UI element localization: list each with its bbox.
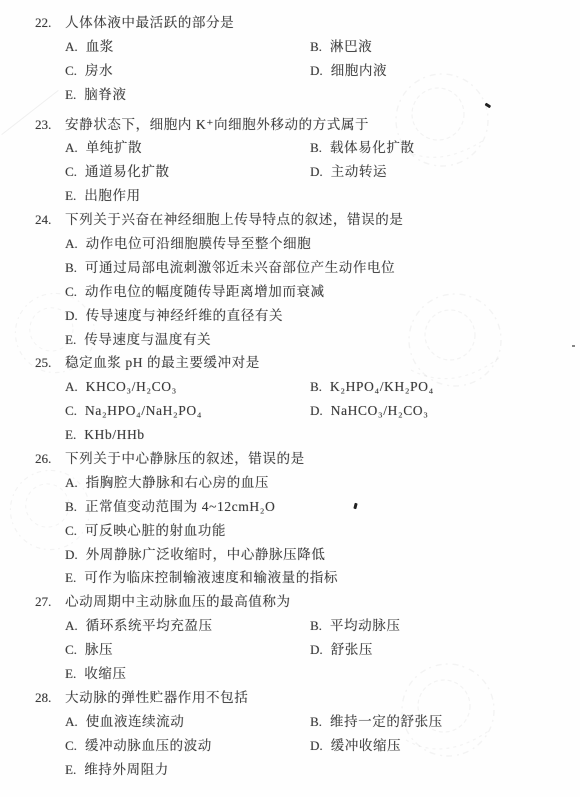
- option-text: 可通过局部电流刺激邻近未兴奋部位产生动作电位: [85, 260, 395, 275]
- option-row: A.指胸腔大静脉和右心房的血压: [0, 471, 580, 495]
- option-label: D.: [310, 638, 323, 662]
- option-label: E.: [65, 328, 76, 352]
- option: B.载体易化扩散: [310, 140, 415, 155]
- option-row: C.Na₂HPO₄/NaH₂PO₄D.NaHCO₃/H₂CO₃: [0, 399, 580, 423]
- option-label: D.: [65, 304, 78, 328]
- option-label: A.: [65, 614, 78, 638]
- question-block: 28.大动脉的弹性贮器作用不包括A.使血液连续流动B.维持一定的舒张压C.缓冲动…: [0, 686, 580, 782]
- option-label: E.: [65, 566, 76, 590]
- option-label: B.: [65, 256, 77, 280]
- option-text: 载体易化扩散: [330, 140, 415, 155]
- question-number: 27.: [35, 590, 65, 614]
- option-label: E.: [65, 662, 76, 686]
- option: D.传导速度与神经纤维的直径有关: [65, 308, 283, 323]
- option-row: A.动作电位可沿细胞膜传导至整个细胞: [0, 232, 580, 256]
- option-label: B.: [310, 35, 322, 59]
- option: B.维持一定的舒张压: [310, 714, 443, 729]
- question-title-row: 25.稳定血浆 pH 的最主要缓冲对是: [0, 351, 580, 375]
- question-number: 22.: [35, 11, 65, 35]
- option-text: 单纯扩散: [86, 140, 142, 155]
- option: E.维持外周阻力: [65, 762, 169, 777]
- question-number: 24.: [35, 208, 65, 232]
- option-label: C.: [65, 280, 77, 304]
- option: C.Na₂HPO₄/NaH₂PO₄: [65, 399, 310, 423]
- option-label: B.: [310, 614, 322, 638]
- option-text: 房水: [85, 63, 113, 78]
- option-text: 出胞作用: [84, 188, 140, 203]
- option: E.出胞作用: [65, 188, 141, 203]
- option-text: 血浆: [86, 39, 114, 54]
- option: D.舒张压: [310, 642, 373, 657]
- option-row: C.可反映心脏的射血功能: [0, 519, 580, 543]
- option-row: B.可通过局部电流刺激邻近未兴奋部位产生动作电位: [0, 256, 580, 280]
- option-label: C.: [65, 59, 77, 83]
- option-label: C.: [65, 519, 77, 543]
- option-text: 脉压: [85, 642, 113, 657]
- option-label: C.: [65, 638, 77, 662]
- option-text: 正常值变动范围为 4~12cmH₂O: [85, 499, 275, 514]
- option-text: 循环系统平均充盈压: [86, 618, 213, 633]
- option-row: E.可作为临床控制输液速度和输液量的指标: [0, 566, 580, 590]
- option-row: B.正常值变动范围为 4~12cmH₂O: [0, 495, 580, 519]
- option: D.主动转运: [310, 164, 387, 179]
- option: C.缓冲动脉血压的波动: [65, 734, 310, 758]
- option: B.K₂HPO₄/KH₂PO₄: [310, 379, 434, 394]
- option-label: E.: [65, 758, 76, 782]
- option: D.细胞内液: [310, 63, 387, 78]
- option-label: B.: [310, 375, 322, 399]
- option-text: 脑脊液: [84, 87, 126, 102]
- question-title: 大动脉的弹性贮器作用不包括: [65, 690, 248, 705]
- question-block: 27.心动周期中主动脉血压的最高值称为A.循环系统平均充盈压B.平均动脉压C.脉…: [0, 590, 580, 686]
- question-title-row: 28.大动脉的弹性贮器作用不包括: [0, 686, 580, 710]
- option-text: 维持一定的舒张压: [330, 714, 443, 729]
- option-text: 动作电位可沿细胞膜传导至整个细胞: [86, 236, 312, 251]
- exam-page: 22.人体体液中最活跃的部分是A.血浆B.淋巴液C.房水D.细胞内液E.脑脊液2…: [0, 0, 580, 797]
- option-text: K₂HPO₄/KH₂PO₄: [330, 379, 434, 394]
- option-row: A.单纯扩散B.载体易化扩散: [0, 136, 580, 160]
- option-text: 淋巴液: [330, 39, 372, 54]
- option-text: 主动转运: [331, 164, 387, 179]
- question-title-row: 23.安静状态下，细胞内 K⁺向细胞外移动的方式属于: [0, 113, 580, 137]
- option-label: A.: [65, 710, 78, 734]
- option: D.NaHCO₃/H₂CO₃: [310, 403, 428, 418]
- option-label: A.: [65, 136, 78, 160]
- option: E.脑脊液: [65, 87, 127, 102]
- option-text: KHCO₃/H₂CO₃: [86, 379, 177, 394]
- option-row: C.通道易化扩散D.主动转运: [0, 160, 580, 184]
- option-label: C.: [65, 399, 77, 423]
- option-row: E.维持外周阻力: [0, 758, 580, 782]
- option-text: 传导速度与温度有关: [84, 332, 211, 347]
- option: B.平均动脉压: [310, 618, 400, 633]
- option: A.指胸腔大静脉和右心房的血压: [65, 475, 269, 490]
- option: E.KHb/HHb: [65, 427, 145, 442]
- question-number: 25.: [35, 351, 65, 375]
- option-label: B.: [310, 710, 322, 734]
- option-row: E.脑脊液: [0, 83, 580, 107]
- option: E.可作为临床控制输液速度和输液量的指标: [65, 570, 338, 585]
- option-label: C.: [65, 734, 77, 758]
- question-block: 22.人体体液中最活跃的部分是A.血浆B.淋巴液C.房水D.细胞内液E.脑脊液: [0, 11, 580, 107]
- option-label: D.: [310, 399, 323, 423]
- question-title-row: 26.下列关于中心静脉压的叙述，错误的是: [0, 447, 580, 471]
- option-text: 舒张压: [331, 642, 373, 657]
- option-label: E.: [65, 184, 76, 208]
- option-text: 收缩压: [84, 666, 126, 681]
- option-row: E.传导速度与温度有关: [0, 328, 580, 352]
- option-label: C.: [65, 160, 77, 184]
- question-title: 下列关于中心静脉压的叙述，错误的是: [65, 451, 305, 466]
- question-title-row: 22.人体体液中最活跃的部分是: [0, 11, 580, 35]
- option-row: A.KHCO₃/H₂CO₃B.K₂HPO₄/KH₂PO₄: [0, 375, 580, 399]
- option: E.收缩压: [65, 666, 127, 681]
- option-row: A.血浆B.淋巴液: [0, 35, 580, 59]
- option: C.房水: [65, 59, 310, 83]
- question-title: 安静状态下，细胞内 K⁺向细胞外移动的方式属于: [65, 117, 369, 132]
- option: B.淋巴液: [310, 39, 372, 54]
- question-block: 23.安静状态下，细胞内 K⁺向细胞外移动的方式属于A.单纯扩散B.载体易化扩散…: [0, 113, 580, 209]
- option: A.循环系统平均充盈压: [65, 614, 310, 638]
- option: D.外周静脉广泛收缩时，中心静脉压降低: [65, 547, 325, 562]
- question-title: 稳定血浆 pH 的最主要缓冲对是: [65, 355, 260, 370]
- option-row: C.脉压D.舒张压: [0, 638, 580, 662]
- option-row: E.出胞作用: [0, 184, 580, 208]
- option-text: 可反映心脏的射血功能: [85, 523, 226, 538]
- option: A.血浆: [65, 35, 310, 59]
- option: A.KHCO₃/H₂CO₃: [65, 375, 310, 399]
- option: A.单纯扩散: [65, 136, 310, 160]
- option-row: E.收缩压: [0, 662, 580, 686]
- option-text: 细胞内液: [331, 63, 387, 78]
- option-label: A.: [65, 471, 78, 495]
- question-title: 人体体液中最活跃的部分是: [65, 15, 234, 30]
- option: C.动作电位的幅度随传导距离增加而衰减: [65, 284, 325, 299]
- option-label: E.: [65, 423, 76, 447]
- option-text: 缓冲动脉血压的波动: [85, 738, 212, 753]
- option-text: Na₂HPO₄/NaH₂PO₄: [85, 403, 202, 418]
- option-row: C.动作电位的幅度随传导距离增加而衰减: [0, 280, 580, 304]
- option-row: C.房水D.细胞内液: [0, 59, 580, 83]
- option-label: E.: [65, 83, 76, 107]
- option-text: 动作电位的幅度随传导距离增加而衰减: [85, 284, 325, 299]
- question-block: 24.下列关于兴奋在神经细胞上传导特点的叙述，错误的是A.动作电位可沿细胞膜传导…: [0, 208, 580, 351]
- option-label: A.: [65, 232, 78, 256]
- option: C.通道易化扩散: [65, 160, 310, 184]
- option-row: E.KHb/HHb: [0, 423, 580, 447]
- option: E.传导速度与温度有关: [65, 332, 211, 347]
- option-text: 维持外周阻力: [84, 762, 169, 777]
- option-label: A.: [65, 35, 78, 59]
- option-row: D.传导速度与神经纤维的直径有关: [0, 304, 580, 328]
- question-title-row: 24.下列关于兴奋在神经细胞上传导特点的叙述，错误的是: [0, 208, 580, 232]
- question-title: 心动周期中主动脉血压的最高值称为: [65, 594, 291, 609]
- option: C.可反映心脏的射血功能: [65, 523, 226, 538]
- option: B.正常值变动范围为 4~12cmH₂O: [65, 499, 275, 514]
- option: A.动作电位可沿细胞膜传导至整个细胞: [65, 236, 311, 251]
- option: D.缓冲收缩压: [310, 738, 401, 753]
- question-number: 28.: [35, 686, 65, 710]
- option-text: 缓冲收缩压: [331, 738, 402, 753]
- option-row: C.缓冲动脉血压的波动D.缓冲收缩压: [0, 734, 580, 758]
- option-text: 通道易化扩散: [85, 164, 170, 179]
- option-label: D.: [310, 160, 323, 184]
- question-title: 下列关于兴奋在神经细胞上传导特点的叙述，错误的是: [65, 212, 403, 227]
- option-text: 指胸腔大静脉和右心房的血压: [86, 475, 269, 490]
- option-label: B.: [65, 495, 77, 519]
- option: B.可通过局部电流刺激邻近未兴奋部位产生动作电位: [65, 260, 395, 275]
- option-label: D.: [310, 59, 323, 83]
- option-text: 使血液连续流动: [86, 714, 185, 729]
- option: C.脉压: [65, 638, 310, 662]
- option-label: D.: [65, 543, 78, 567]
- option-text: NaHCO₃/H₂CO₃: [331, 403, 429, 418]
- question-number: 23.: [35, 113, 65, 137]
- option-label: D.: [310, 734, 323, 758]
- question-title-row: 27.心动周期中主动脉血压的最高值称为: [0, 590, 580, 614]
- option-text: KHb/HHb: [84, 427, 144, 442]
- question-number: 26.: [35, 447, 65, 471]
- question-block: 25.稳定血浆 pH 的最主要缓冲对是A.KHCO₃/H₂CO₃B.K₂HPO₄…: [0, 351, 580, 447]
- option-text: 平均动脉压: [330, 618, 401, 633]
- option-text: 外周静脉广泛收缩时，中心静脉压降低: [86, 547, 326, 562]
- option-row: A.使血液连续流动B.维持一定的舒张压: [0, 710, 580, 734]
- option: A.使血液连续流动: [65, 710, 310, 734]
- option-row: A.循环系统平均充盈压B.平均动脉压: [0, 614, 580, 638]
- option-row: D.外周静脉广泛收缩时，中心静脉压降低: [0, 543, 580, 567]
- option-text: 传导速度与神经纤维的直径有关: [86, 308, 283, 323]
- question-block: 26.下列关于中心静脉压的叙述，错误的是A.指胸腔大静脉和右心房的血压B.正常值…: [0, 447, 580, 590]
- option-label: A.: [65, 375, 78, 399]
- option-label: B.: [310, 136, 322, 160]
- option-text: 可作为临床控制输液速度和输液量的指标: [84, 570, 338, 585]
